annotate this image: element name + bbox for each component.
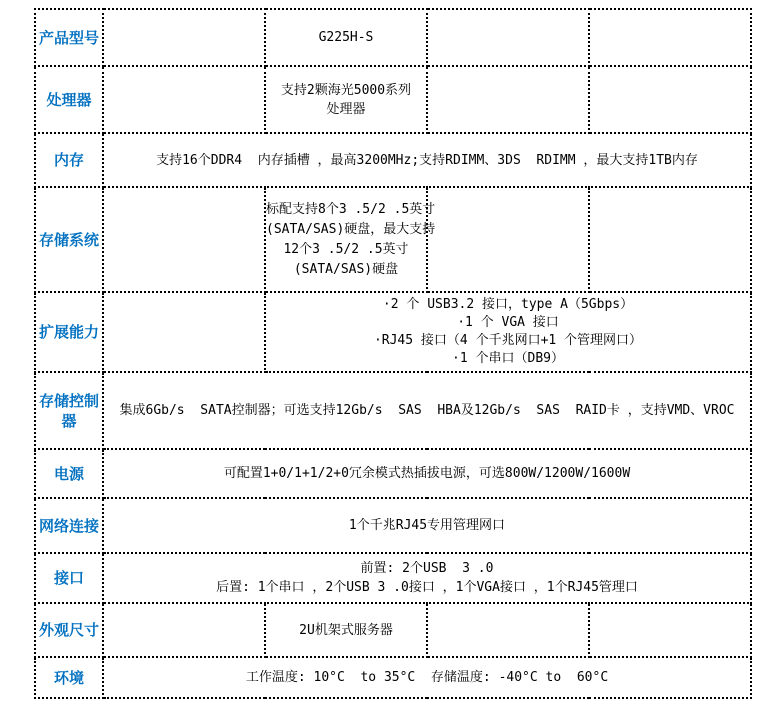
row-product-model: 产品型号 G225H-S bbox=[35, 9, 751, 66]
empty-cell bbox=[103, 603, 265, 657]
storage-system-line: 标配支持8个3 .5/2 .5英寸 bbox=[266, 200, 426, 220]
empty-cell bbox=[427, 603, 589, 657]
environment-value: 工作温度: 10°C to 35°C 存储温度: -40°C to 60°C bbox=[104, 668, 750, 687]
expansion-cell: ·2 个 USB3.2 接口，type A（5Gbps） ·1 个 VGA 接口… bbox=[265, 292, 751, 372]
storage-system-line: (SATA/SAS)硬盘 bbox=[266, 260, 426, 280]
row-expansion: 扩展能力 ·2 个 USB3.2 接口，type A（5Gbps） ·1 个 V… bbox=[35, 292, 751, 372]
product-model-cell: G225H-S bbox=[265, 9, 427, 66]
empty-cell bbox=[589, 603, 751, 657]
row-ports: 接口 前置: 2个USB 3 .0 后置: 1个串口 ，2个USB 3 .0接口… bbox=[35, 553, 751, 603]
row-label-product-model: 产品型号 bbox=[35, 9, 103, 66]
empty-cell bbox=[589, 66, 751, 133]
spec-table: 产品型号 G225H-S 处理器 支持2颗海光5000系列 处理器 内存 支持1… bbox=[34, 8, 752, 699]
row-label-memory: 内存 bbox=[35, 133, 103, 187]
network-value: 1个千兆RJ45专用管理网口 bbox=[104, 516, 750, 535]
expansion-line: ·1 个串口（DB9） bbox=[266, 350, 750, 368]
processor-line: 处理器 bbox=[266, 100, 426, 119]
dimensions-value: 2U机架式服务器 bbox=[266, 621, 426, 640]
ports-line: 前置: 2个USB 3 .0 bbox=[104, 559, 750, 578]
row-storage-controller: 存储控制器 集成6Gb/s SATA控制器；可选支持12Gb/s SAS HBA… bbox=[35, 372, 751, 449]
storage-system-line: 12个3 .5/2 .5英寸 bbox=[266, 240, 426, 260]
network-cell: 1个千兆RJ45专用管理网口 bbox=[103, 498, 751, 553]
empty-cell bbox=[427, 9, 589, 66]
empty-cell bbox=[103, 9, 265, 66]
row-label-expansion: 扩展能力 bbox=[35, 292, 103, 372]
row-environment: 环境 工作温度: 10°C to 35°C 存储温度: -40°C to 60°… bbox=[35, 657, 751, 698]
row-label-dimensions: 外观尺寸 bbox=[35, 603, 103, 657]
row-storage-system: 存储系统 标配支持8个3 .5/2 .5英寸 (SATA/SAS)硬盘，最大支持… bbox=[35, 187, 751, 292]
power-cell: 可配置1+0/1+1/2+0冗余模式热插拔电源，可选800W/1200W/160… bbox=[103, 449, 751, 498]
row-power: 电源 可配置1+0/1+1/2+0冗余模式热插拔电源，可选800W/1200W/… bbox=[35, 449, 751, 498]
memory-cell: 支持16个DDR4 内存插槽 ，最高3200MHz;支持RDIMM、3DS RD… bbox=[103, 133, 751, 187]
row-memory: 内存 支持16个DDR4 内存插槽 ，最高3200MHz;支持RDIMM、3DS… bbox=[35, 133, 751, 187]
empty-cell bbox=[103, 292, 265, 372]
ports-cell: 前置: 2个USB 3 .0 后置: 1个串口 ，2个USB 3 .0接口 ，1… bbox=[103, 553, 751, 603]
empty-cell bbox=[589, 9, 751, 66]
storage-system-line: (SATA/SAS)硬盘，最大支持 bbox=[266, 220, 426, 240]
empty-cell bbox=[589, 187, 751, 292]
row-label-environment: 环境 bbox=[35, 657, 103, 698]
expansion-line: ·2 个 USB3.2 接口，type A（5Gbps） bbox=[266, 296, 750, 314]
memory-value: 支持16个DDR4 内存插槽 ，最高3200MHz;支持RDIMM、3DS RD… bbox=[104, 151, 750, 170]
row-label-ports: 接口 bbox=[35, 553, 103, 603]
product-model-value: G225H-S bbox=[266, 28, 426, 47]
processor-line: 支持2颗海光5000系列 bbox=[266, 81, 426, 100]
empty-cell bbox=[427, 187, 589, 292]
dimensions-cell: 2U机架式服务器 bbox=[265, 603, 427, 657]
row-label-network: 网络连接 bbox=[35, 498, 103, 553]
storage-controller-cell: 集成6Gb/s SATA控制器；可选支持12Gb/s SAS HBA及12Gb/… bbox=[103, 372, 751, 449]
environment-cell: 工作温度: 10°C to 35°C 存储温度: -40°C to 60°C bbox=[103, 657, 751, 698]
row-label-storage-system: 存储系统 bbox=[35, 187, 103, 292]
processor-cell: 支持2颗海光5000系列 处理器 bbox=[265, 66, 427, 133]
row-label-power: 电源 bbox=[35, 449, 103, 498]
row-network: 网络连接 1个千兆RJ45专用管理网口 bbox=[35, 498, 751, 553]
expansion-line: ·1 个 VGA 接口 bbox=[266, 314, 750, 332]
row-label-storage-controller: 存储控制器 bbox=[35, 372, 103, 449]
storage-system-cell: 标配支持8个3 .5/2 .5英寸 (SATA/SAS)硬盘，最大支持 12个3… bbox=[265, 187, 427, 292]
row-processor: 处理器 支持2颗海光5000系列 处理器 bbox=[35, 66, 751, 133]
row-label-processor: 处理器 bbox=[35, 66, 103, 133]
power-value: 可配置1+0/1+1/2+0冗余模式热插拔电源，可选800W/1200W/160… bbox=[104, 464, 750, 483]
ports-line: 后置: 1个串口 ，2个USB 3 .0接口 ，1个VGA接口 ，1个RJ45管… bbox=[104, 578, 750, 597]
empty-cell bbox=[103, 66, 265, 133]
storage-controller-value: 集成6Gb/s SATA控制器；可选支持12Gb/s SAS HBA及12Gb/… bbox=[104, 401, 750, 420]
empty-cell bbox=[427, 66, 589, 133]
row-dimensions: 外观尺寸 2U机架式服务器 bbox=[35, 603, 751, 657]
empty-cell bbox=[103, 187, 265, 292]
expansion-line: ·RJ45 接口（4 个千兆网口+1 个管理网口） bbox=[266, 332, 750, 350]
